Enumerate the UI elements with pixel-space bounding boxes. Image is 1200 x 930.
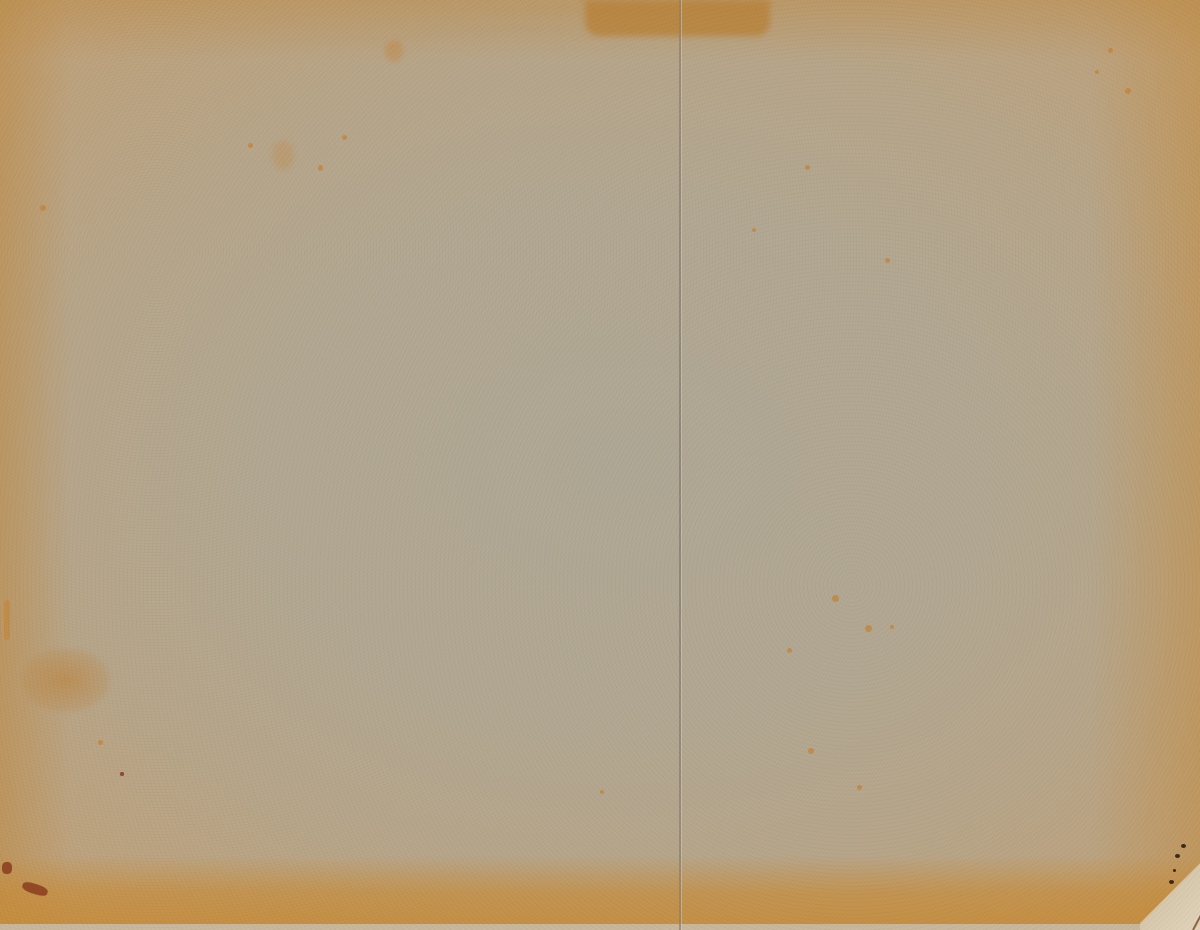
aged-paper-background xyxy=(0,0,1200,930)
torn-corner xyxy=(1140,840,1200,930)
rust-mark xyxy=(2,862,12,874)
stain-spot xyxy=(40,205,46,211)
bottom-edge-browning xyxy=(0,855,1200,930)
stain-spot xyxy=(885,258,890,263)
bottom-strip xyxy=(0,924,1200,930)
stain-spot xyxy=(318,165,323,171)
stain-spot xyxy=(890,625,894,629)
stain-spot xyxy=(600,790,604,794)
fold-crease xyxy=(679,0,681,930)
stain-spot xyxy=(752,228,756,232)
stain-spot xyxy=(787,648,792,653)
staple-hole xyxy=(1173,869,1176,872)
stain-spot xyxy=(865,625,872,632)
stain-spot xyxy=(1125,88,1131,94)
stain-spot xyxy=(342,135,347,140)
right-edge-browning xyxy=(1090,0,1200,930)
rust-mark xyxy=(120,772,124,776)
stain-spot xyxy=(4,600,10,640)
stain-spot xyxy=(272,140,294,170)
stain-spot xyxy=(808,748,814,754)
stain-spot xyxy=(385,40,403,62)
stain-spot xyxy=(1108,48,1113,53)
stain-spot xyxy=(248,143,253,148)
water-stain xyxy=(22,648,110,712)
staple-hole xyxy=(1169,880,1174,884)
left-edge-browning xyxy=(0,0,70,930)
stain-spot xyxy=(805,165,810,170)
stain-spot xyxy=(832,595,839,602)
staple-hole xyxy=(1175,854,1180,858)
staple-hole xyxy=(1181,844,1186,848)
stain-spot xyxy=(98,740,103,745)
stain-spot xyxy=(857,785,862,790)
stain-spot xyxy=(1095,70,1099,74)
tape-stain xyxy=(585,0,770,36)
